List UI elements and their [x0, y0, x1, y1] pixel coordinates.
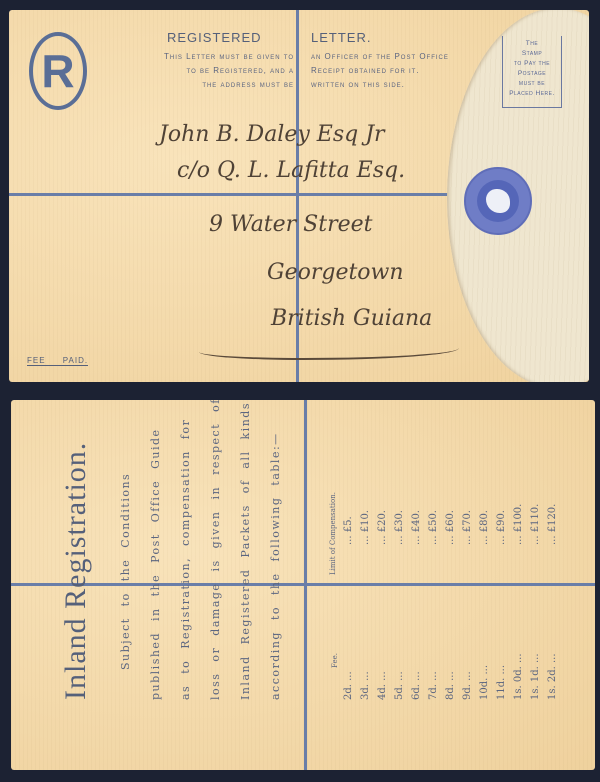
limit-value: ... £90. [496, 510, 507, 545]
registered-r-icon: R [29, 32, 87, 110]
instructions-left: This Letter must be given to to be Regis… [119, 50, 294, 92]
limit-value: ... £10. [360, 510, 371, 545]
instruction-line: the address must be [119, 78, 294, 92]
limit-value: ... £70. [462, 510, 473, 545]
address-line-1: John B. Daley Esq Jr [159, 122, 385, 147]
horizontal-registration-band [11, 583, 595, 586]
limit-value: ... £20. [377, 510, 388, 545]
conditions-line: Subject to the Conditions [119, 473, 132, 670]
stamp-center [477, 180, 519, 222]
instruction-line: to be Registered, and a [119, 64, 294, 78]
envelope-front: R REGISTERED LETTER. This Letter must be… [9, 10, 589, 382]
fee-value: 10d. ... [479, 665, 490, 700]
fee-value: 5d. ... [394, 671, 405, 700]
stamp-placement-box: The Stamp to Pay the Postage must be Pla… [502, 36, 562, 108]
stamp-box-line: Postage [503, 69, 561, 79]
instruction-line: This Letter must be given to [119, 50, 294, 64]
r-mark-letter: R [41, 44, 74, 98]
fee-value: 11d. ... [496, 665, 507, 700]
fee-value: 1s. 1d. ... [530, 653, 541, 700]
limit-value: ... £40. [411, 510, 422, 545]
conditions-line: published in the Post Office Guide [149, 428, 162, 700]
fee-value: 8d. ... [445, 671, 456, 700]
limit-header: Limit of Compensation. [329, 492, 337, 575]
limit-value: ... £60. [445, 510, 456, 545]
fee-paid-label: FEE PAID. [27, 356, 88, 366]
address-line-5: British Guiana [271, 306, 432, 331]
fee-value: 1s. 0d. ... [513, 653, 524, 700]
envelope-back: Inland Registration. Subject to the Cond… [11, 400, 595, 770]
address-line-3: 9 Water Street [209, 212, 373, 237]
conditions-line: loss or damage is given in respect of [209, 400, 222, 700]
stamp-box-line: Placed Here. [503, 89, 561, 99]
stamp-box-line: Stamp [503, 49, 561, 59]
limit-value: ... £30. [394, 510, 405, 545]
title-registered: REGISTERED [167, 30, 262, 45]
fee-value: 7d. ... [428, 671, 439, 700]
limit-value: ... £110. [530, 504, 541, 545]
fee-value: 4d. ... [377, 671, 388, 700]
address-line-4: Georgetown [267, 260, 404, 285]
stamp-box-line: The [503, 39, 561, 49]
limit-value: ... £80. [479, 510, 490, 545]
stamp-box-line: to Pay the [503, 59, 561, 69]
fee-value: 6d. ... [411, 671, 422, 700]
address-underline [199, 340, 459, 360]
vertical-registration-band [304, 400, 307, 770]
limit-value: ... £50. [428, 510, 439, 545]
conditions-line: according to the following table:— [269, 432, 282, 700]
inland-registration-title: Inland Registration. [59, 442, 93, 700]
stamp-box-line: must be [503, 79, 561, 89]
limit-value: ... £120. [547, 504, 558, 545]
address-line-2: c/o Q. L. Lafitta Esq. [177, 158, 405, 183]
queen-head-icon [486, 189, 510, 213]
fee-value: 2d. ... [343, 671, 354, 700]
fee-value: 3d. ... [360, 671, 371, 700]
title-letter: LETTER. [311, 30, 371, 45]
conditions-line: Inland Registered Packets of all kinds [239, 402, 252, 700]
fee-header: Fee. [331, 653, 339, 668]
embossed-stamp-icon [464, 167, 532, 235]
fee-value: 9d. ... [462, 671, 473, 700]
horizontal-registration-band [9, 193, 449, 196]
limit-value: ... £5. [343, 516, 354, 545]
limit-value: ... £100. [513, 504, 524, 545]
fee-value: 1s. 2d. ... [547, 653, 558, 700]
conditions-line: as to Registration, compensation for [179, 419, 192, 700]
